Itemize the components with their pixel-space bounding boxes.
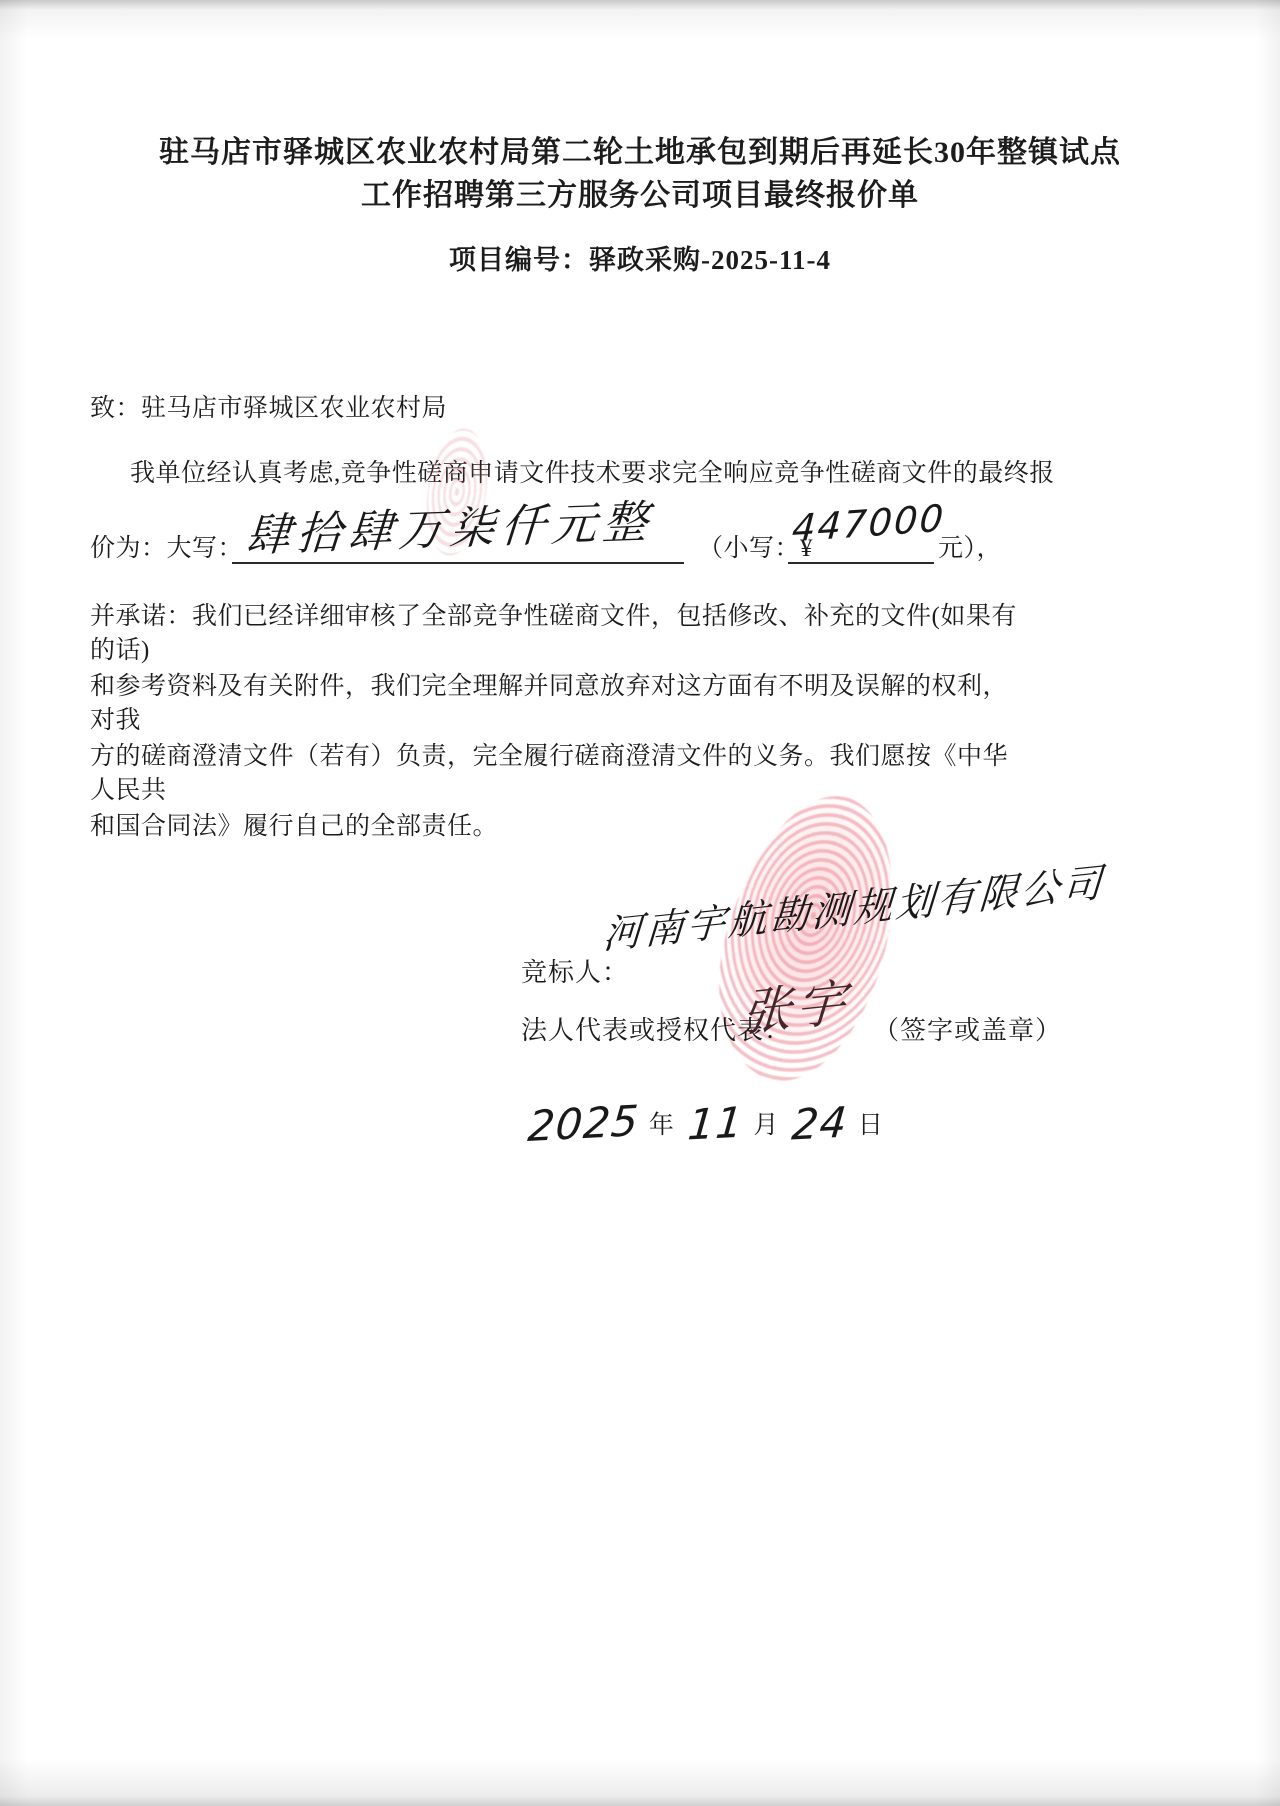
project-number: 项目编号：驿政采购-2025-11-4 xyxy=(0,238,1280,277)
day-label: 日 xyxy=(858,1106,883,1146)
handwritten-capital-amount: 肆拾肆万柒仟元整 xyxy=(244,485,656,564)
handwritten-numeric-amount: 447000 xyxy=(791,496,947,550)
body-paragraph-line3: 并承诺：我们已经详细审核了全部竞争性磋商文件，包括修改、补充的文件(如果有的话) xyxy=(90,600,1020,668)
year-label: 年 xyxy=(649,1106,674,1146)
handwritten-month: 11 xyxy=(686,1098,746,1149)
document-title-line1: 驻马店市驿城区农业农村局第二轮土地承包到期后再延长30年整镇试点 xyxy=(0,127,1280,171)
handwritten-day: 24 xyxy=(790,1098,850,1149)
handwritten-representative-signature: 张宇 xyxy=(740,962,853,1046)
addressee-line: 致：驻马店市驿城区农业农村局 xyxy=(90,392,1020,426)
bidder-label: 竞标人： xyxy=(521,952,629,989)
document-title-line2: 工作招聘第三方服务公司项目最终报价单 xyxy=(0,170,1280,214)
capital-amount-blank-line xyxy=(232,562,684,564)
handwritten-year: 2025 xyxy=(526,1097,641,1151)
price-unit-suffix: 元）， xyxy=(938,528,1002,564)
date-line: 2025 年 11 月 24 日 xyxy=(528,1088,897,1148)
body-paragraph-line4: 和参考资料及有关附件，我们完全理解并同意放弃对这方面有不明及误解的权利， 对我 xyxy=(90,670,1020,738)
sign-or-seal-note: （签字或盖章） xyxy=(873,1010,1062,1047)
body-paragraph-line5: 方的磋商澄清文件（若有）负责，完全履行磋商澄清文件的义务。我们愿按《中华人民共 xyxy=(90,740,1020,808)
month-label: 月 xyxy=(753,1106,778,1146)
quotation-document-page: 驻马店市驿城区农业农村局第二轮土地承包到期后再延长30年整镇试点 工作招聘第三方… xyxy=(0,0,1280,1806)
price-capital-label: 价为：大写： xyxy=(90,528,243,564)
numeric-amount-blank-line xyxy=(788,562,934,564)
